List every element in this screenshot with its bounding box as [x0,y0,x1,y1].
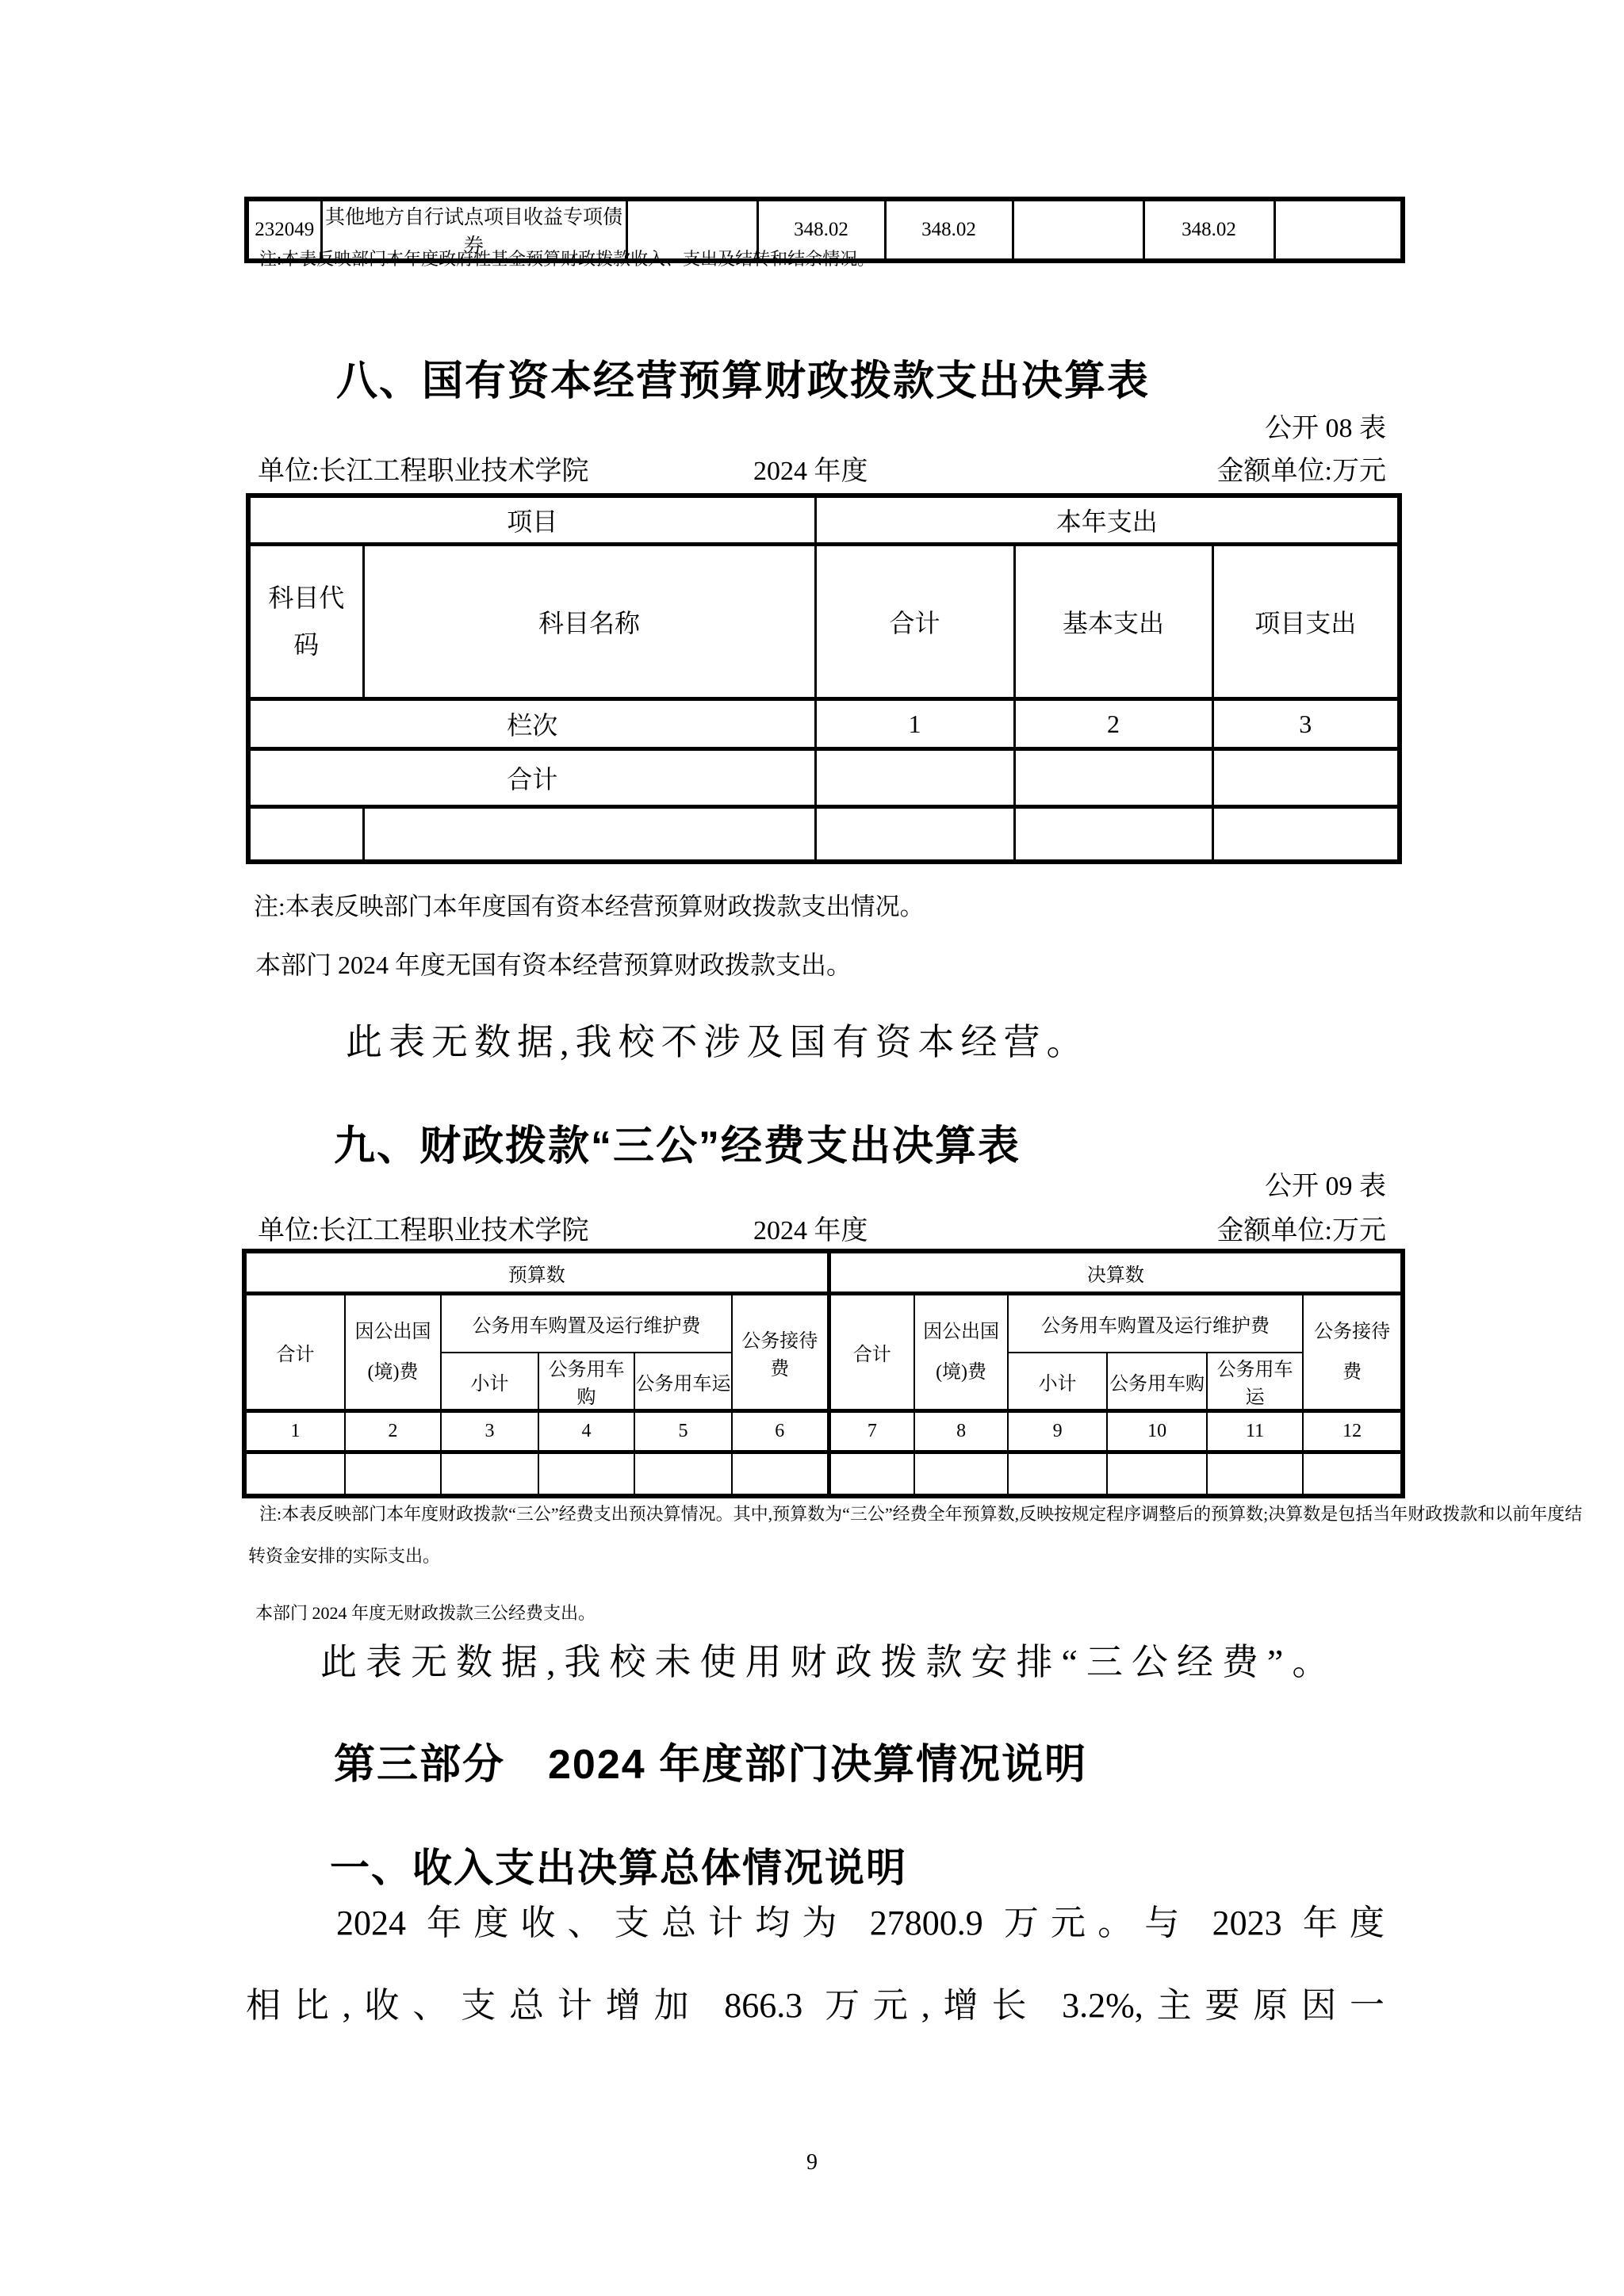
empty-cell [244,1452,345,1497]
note-09-line2: 转资金安排的实际支出。 [248,1543,440,1567]
budget-buy-cell: 公务用车购 [538,1353,634,1411]
table-row: 项目 本年支出 [248,496,1400,545]
index-cell: 8 [914,1411,1008,1452]
section9-heading: 九、财政拨款“三公”经费支出决算表 [334,1112,1021,1172]
index-cell: 7 [829,1411,914,1452]
part3-heading: 第三部分 2024 年度部门决算情况说明 [334,1731,1087,1790]
table-row: 科目代码 科目名称 合计 基本支出 项目支出 [248,545,1400,699]
budget-abroad-cell: 因公出国 (境)费 [345,1294,441,1411]
col-code-label: 科目代码 [265,575,348,668]
empty-cell [345,1452,441,1497]
amount-cell: 348.02 [1143,199,1274,261]
empty-cell [363,807,815,863]
empty-cell [441,1452,538,1497]
index-cell: 2 [345,1411,441,1452]
year-label-9: 2024 年度 [753,1208,868,1247]
row-index-label-cell: 栏次 [248,699,815,749]
unit-name-9: 单位:长江工程职业技术学院 [258,1208,588,1247]
amount-cell: 348.02 [885,199,1013,261]
index-cell: 12 [1303,1411,1403,1452]
empty-cell [829,1452,914,1497]
open-09-label: 公开 09 表 [1110,1164,1386,1203]
note-09-line1: 注:本表反映部门本年度财政拨款“三公”经费支出预决算情况。其中,预算数为“三公”… [259,1501,1582,1525]
abroad-line2: (境)费 [915,1353,1007,1392]
empty-cell [815,807,1014,863]
empty-cell [1107,1452,1207,1497]
header-item-cell: 项目 [248,496,815,545]
part3-subheading: 一、收入支出决算总体情况说明 [330,1836,907,1893]
budget-run-cell: 公务用车运 [634,1353,732,1411]
index-cell: 9 [1008,1411,1107,1452]
unit-name-8: 单位:长江工程职业技术学院 [258,449,588,488]
index-cell: 1 [815,699,1014,749]
budget-total-cell: 合计 [244,1294,345,1411]
amount-unit-9: 金额单位:万元 [1031,1208,1386,1247]
index-cell: 6 [732,1411,829,1452]
empty-cell [1013,199,1143,261]
index-cell: 3 [441,1411,538,1452]
abroad-line1: 因公出国 [346,1312,440,1352]
year-label-8: 2024 年度 [753,449,868,488]
budget-header-cell: 预算数 [244,1251,829,1294]
final-vehicle-cell: 公务用车购置及运行维护费 [1008,1294,1303,1353]
index-cell: 2 [1014,699,1212,749]
budget-vehicle-cell: 公务用车购置及运行维护费 [441,1294,732,1353]
index-cell: 4 [538,1411,634,1452]
amount-unit-8: 金额单位:万元 [1031,449,1386,488]
table-row [248,807,1400,863]
col-code-cell: 科目代码 [248,545,363,699]
final-sub-cell: 小计 [1008,1353,1107,1411]
col-name-cell: 科目名称 [363,545,815,699]
final-run-cell: 公务用车运 [1207,1353,1303,1411]
total-label-cell: 合计 [248,749,815,807]
paragraph-line-1: 2024 年度收、支总计均为 27800.9 万元。与 2023 年度 [246,1901,1385,1945]
empty-cell [1207,1452,1303,1497]
index-cell: 11 [1207,1411,1303,1452]
final-abroad-cell: 因公出国 (境)费 [914,1294,1008,1411]
final-reception-cell: 公务接待 费 [1303,1294,1403,1411]
emphasis-08: 此表无数据,我校不涉及国有资本经营。 [346,1013,1090,1066]
reception-line2: 费 [1304,1353,1400,1392]
section8-heading: 八、国有资本经营预算财政拨款支出决算表 [336,347,1150,407]
budget-sub-cell: 小计 [441,1353,538,1411]
table-08-state-capital: 项目 本年支出 科目代码 科目名称 合计 基本支出 项目支出 栏次 1 2 3 … [246,493,1402,864]
empty-cell [1014,749,1212,807]
col-project-cell: 项目支出 [1212,545,1400,699]
budget-reception-cell: 公务接待费 [732,1294,829,1411]
final-total-cell: 合计 [829,1294,914,1411]
open-08-label: 公开 08 表 [1110,406,1386,445]
col-basic-cell: 基本支出 [1014,545,1212,699]
empty-cell [1212,807,1400,863]
final-header-cell: 决算数 [829,1251,1403,1294]
empty-cell [815,749,1014,807]
abroad-line1: 因公出国 [915,1312,1007,1352]
document-page: 232049 其他地方自行试点项目收益专项债券 348.02 348.02 34… [0,0,1624,2296]
empty-cell [634,1452,732,1497]
empty-cell [538,1452,634,1497]
index-cell: 10 [1107,1411,1207,1452]
header-expend-cell: 本年支出 [815,496,1400,545]
col-total-cell: 合计 [815,545,1014,699]
empty-cell [1014,807,1212,863]
empty-cell [914,1452,1008,1497]
table-row: 预算数 决算数 [244,1251,1403,1294]
empty-cell [1303,1452,1403,1497]
reception-line1: 公务接待 [1304,1312,1400,1352]
empty-cell [1274,199,1403,261]
index-cell: 5 [634,1411,732,1452]
empty-cell [732,1452,829,1497]
abroad-line2: (境)费 [346,1353,440,1392]
note-08: 注:本表反映部门本年度国有资本经营预算财政拨款支出情况。 [254,886,925,922]
index-cell: 1 [244,1411,345,1452]
statement-09: 本部门 2024 年度无财政拨款三公经费支出。 [255,1600,596,1624]
paragraph-line-2: 相比,收、支总计增加 866.3 万元,增长 3.2%,主要原因一 [246,1984,1385,2027]
empty-cell [248,807,363,863]
table-row: 合计 [248,749,1400,807]
gov-fund-table-note: 注:本表反映部门本年度政府性基金预算财政拨款收入、支出及结转和结余情况。 [259,246,875,270]
table-09-three-public-expenses: 预算数 决算数 合计 因公出国 (境)费 公务用车购置及运行维护费 公务接待费 … [242,1249,1405,1498]
table-row [244,1452,1403,1497]
final-buy-cell: 公务用车购 [1107,1353,1207,1411]
table-row: 1 2 3 4 5 6 7 8 9 10 11 12 [244,1411,1403,1452]
page-number: 9 [0,2150,1624,2175]
empty-cell [1212,749,1400,807]
table-row: 栏次 1 2 3 [248,699,1400,749]
table-row: 合计 因公出国 (境)费 公务用车购置及运行维护费 公务接待费 合计 因公出国 … [244,1294,1403,1353]
statement-08: 本部门 2024 年度无国有资本经营预算财政拨款支出。 [255,945,852,982]
index-cell: 3 [1212,699,1400,749]
empty-cell [1008,1452,1107,1497]
emphasis-09: 此表无数据,我校未使用财政拨款安排“三公经费”。 [320,1633,1337,1686]
